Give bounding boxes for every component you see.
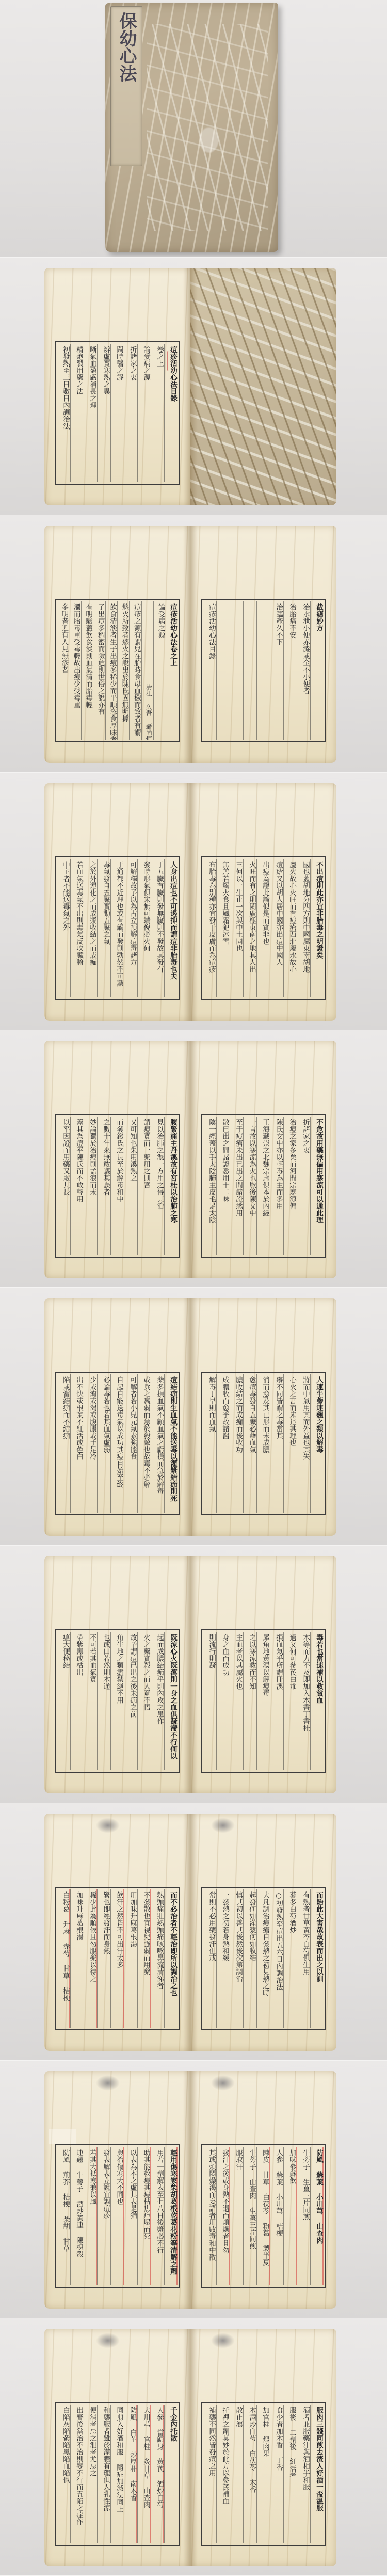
text-column: 晰氣血盈虧消長之理 bbox=[84, 344, 97, 482]
text-column: 截瘧妙方 bbox=[310, 601, 324, 740]
water-stain bbox=[211, 2075, 235, 2091]
title-char: 保 bbox=[116, 12, 137, 29]
text-column: 解毒于早則而血氣 bbox=[203, 1374, 216, 1513]
left-page: 千金內托散人參 當歸身 黃芪 酒炒白芍大川芎 官桂 炙甘草 山查肉防風 白芷 炒… bbox=[44, 2329, 190, 2566]
book-gutter bbox=[183, 526, 198, 763]
left-page: 痘結痂則生血氣不能送毒以灌漿結痂則死藥多損血氣不顧血氣之虧損而急於解毒或兵之羸弱… bbox=[44, 1298, 190, 1536]
text-column: 不危故用藥無偏用寒涼可以通此理 bbox=[310, 1117, 324, 1255]
text-frame: 防風 蘇葉 小川芎 山查肉牛蒡子 生薑三片同煎加味參蘇飲人參 蘇葉 小川芎 桔梗… bbox=[201, 2144, 326, 2288]
text-column: 子出痘多稠密而險危則世俗之說亦有 bbox=[93, 601, 105, 740]
photo-panel-5: 腹緊痛主丹溪故有宮桂以治肺之寒見以治肺之濕一方用之得其治謂痘實而一藥用之則宮又可… bbox=[0, 1030, 387, 1288]
photo-panel-1: 保幼心法 bbox=[0, 0, 387, 258]
text-column: 損血氣乎所謂冊溪 bbox=[270, 1632, 283, 1770]
text-column: 出痘為證此論似是而實非也 bbox=[256, 859, 270, 997]
left-page: 痘疹活幼心法目錄卷之上論受病之源折諸家之衷闢時醫之謬辨虛實寒熱之異晰氣血盈虧消長… bbox=[44, 268, 190, 505]
text-column: 之數十年來無敢議其誤者 bbox=[97, 1117, 110, 1255]
left-page: 痘疹活幼心法卷之上論受病之源清江 久吾 聶尚恒 著痘疹之源有謂兒在胎時食母血穢而… bbox=[44, 526, 190, 763]
text-column: 服肉三錢同煎去渣入好酒一盃温服 bbox=[310, 2405, 324, 2543]
text-column: 出不快或根窠不紅活或色白 bbox=[70, 1374, 84, 1513]
text-column: 不出痘則此亦宜非胎毒之明證矣 bbox=[310, 859, 324, 997]
text-column: 無羔若觸火食且風霜犯冰雪 bbox=[216, 859, 230, 997]
text-column: 起而成膿結痂乎則內攻之患作 bbox=[151, 1632, 164, 1770]
text-column: 既涼心火既瀉則一身之血俱凝滯不行何以 bbox=[164, 1632, 178, 1770]
text-column: 加味參蘇飲 bbox=[283, 2147, 297, 2285]
text-column: 與治傷寒大不同也 bbox=[110, 2147, 124, 2285]
text-frame: 腹緊痛主丹溪故有宮桂以治肺之寒見以治肺之濕一方用之得其治謂痘實而一藥用之則宮又可… bbox=[55, 1114, 180, 1258]
text-column: 散止瀉 bbox=[230, 2405, 243, 2543]
text-column: 治胎痛不安 bbox=[283, 601, 297, 740]
text-column: 膿收結之而成痂而後收功 bbox=[230, 1374, 243, 1513]
text-column: 飲食清淡者生子出痘多稀少而平順恣食厚味者 bbox=[105, 601, 117, 740]
text-column: 痘疹活幼心法卷之上 bbox=[166, 601, 178, 740]
text-column: 而發錢氏之長至於解毒和中 bbox=[110, 1117, 124, 1255]
text-column: 毒若也當速補以救貧血 bbox=[310, 1632, 324, 1770]
text-frame: 痘疹活幼心法卷之上論受病之源清江 久吾 聶尚恒 著痘疹之源有謂兒在胎時食母血穢而… bbox=[55, 599, 180, 742]
text-column: 謂痘實而一藥用之則宮 bbox=[137, 1117, 151, 1255]
left-page: 人身出痘也不可遏抑而謂痘非胎毒也夫于五臟有臟則發無臟則不發故其發有發時形氣俱宋無… bbox=[44, 783, 190, 1021]
text-column: 腹緊痛主丹溪故有宮桂以治肺之寒 bbox=[164, 1117, 178, 1255]
book-gutter bbox=[183, 2071, 198, 2309]
text-column: 三何以一生止一次與中土同也 bbox=[230, 859, 243, 997]
text-column: 于五臟有臟則發無臟則不發故其發有 bbox=[151, 859, 164, 997]
text-frame: 服肉三錢同煎去渣入好酒一盃温服酒者兼服藥汁與酒相半和服服後 二劑後 紅活者食少者… bbox=[201, 2402, 326, 2546]
product-photo-strip: 保幼心法痘疹活幼心法目錄卷之上論受病之源折諸家之衷闢時醫之謬辨虛實寒熱之異晰氣血… bbox=[0, 0, 387, 2576]
text-column: 故予謂痘已出之後未痂之前 bbox=[124, 1632, 137, 1770]
text-column: 發汗之後或身熱不退而煩燥者且勿 bbox=[216, 2147, 230, 2285]
text-column: 輕用傷寒家柴胡葛根乾葛花粉等清解之劑 bbox=[164, 2147, 178, 2285]
text-column: 中主者不能送毒氣之外 bbox=[57, 859, 70, 997]
text-column: 陳氏文中亦以輕毒為主而多用 bbox=[270, 1117, 283, 1255]
book-gutter bbox=[183, 1814, 198, 2051]
right-page: 不危故用藥無偏用寒涼可以通此理折諸家之衷治痘之家多矣而河間宗寒涼偏陳氏文中亦以輕… bbox=[190, 1041, 336, 1278]
title-slip: 保幼心法 bbox=[110, 6, 142, 166]
text-column: 心火之言而未達其理也 bbox=[283, 1374, 297, 1513]
text-column: 國也蓋胡地分四方則中國屬東南胡地 bbox=[297, 859, 310, 997]
text-column: 消而愈及其已形而未成膿 bbox=[256, 1374, 270, 1513]
text-column: 王海藏崇之北魏宗虛俱本於內經 bbox=[256, 1117, 270, 1255]
text-column: 發時形氣俱宋無可端倪必火何 bbox=[137, 859, 151, 997]
photo-panel-2: 痘疹活幼心法目錄卷之上論受病之源折諸家之衷闢時醫之謬辨虛實寒熱之異晰氣血盈虧消長… bbox=[0, 258, 387, 515]
photo-panel-4: 人身出痘也不可遏抑而謂痘非胎毒也夫于五臟有臟則發無臟則不發故其發有發時形氣俱宋無… bbox=[0, 773, 387, 1030]
text-column: 帶紫黑或枯出 bbox=[70, 1632, 84, 1770]
text-column: 慎其初以善其後然後次第調治 bbox=[230, 1889, 243, 2028]
water-stain bbox=[211, 1818, 235, 1833]
text-column: 木酒炒白芍 白茯苓 木香 bbox=[243, 2405, 256, 2543]
text-column: 愈痘毒發自五臟必藉血氣 bbox=[243, 1374, 256, 1513]
title-char: 幼 bbox=[116, 29, 137, 47]
text-column: 痘疹之源有謂兒在胎時食母血穢而致者有謂 bbox=[129, 601, 141, 740]
text-column: 主血者以其屬火也 bbox=[230, 1632, 243, 1770]
text-column: 稀少此為順候且勿服藥以待之 bbox=[84, 1889, 97, 2028]
right-page: 防風 蘇葉 小川芎 山查肉牛蒡子 生薑三片同煎加味參蘇飲人參 蘇葉 小川芎 桔梗… bbox=[190, 2071, 336, 2309]
text-column: 蓋其為痘平陳氏而不敢輕用 bbox=[70, 1117, 84, 1255]
text-column: 則流行則凝 bbox=[203, 1632, 216, 1770]
text-column: 瘟大便秘結 bbox=[57, 1632, 70, 1770]
book-gutter bbox=[183, 783, 198, 1021]
text-column: 過又何可參芪白朮 bbox=[283, 1632, 297, 1770]
text-column: 出齊後當治不治則變不行而五陷之症作 bbox=[70, 2405, 84, 2543]
text-column: 其或煩悶燥渴而妄語者用敗毒和中散 bbox=[203, 2147, 216, 2285]
photo-panel-6: 痘結痂則生血氣不能送毒以灌漿結痂則死藥多損血氣不顧血氣之虧損而急於解毒或兵之羸弱… bbox=[0, 1288, 387, 1546]
text-column: 同煎入好酒和服 隨症加減法同上 bbox=[110, 2405, 124, 2543]
text-frame: 既涼心火既瀉則一身之血俱凝滯不行何以起而成膿結痂乎則內攻之患作火之藥實殺之而人竟… bbox=[55, 1629, 180, 1773]
text-column: 初發熱至三日數日內調治法 bbox=[57, 344, 70, 482]
text-column: 陳皮 甘草 白茯苓 粉葛 製半夏 bbox=[256, 2147, 270, 2285]
text-column: 妙論獨於治痘則孟浪而未 bbox=[84, 1117, 97, 1255]
left-page: 既涼心火既瀉則一身之血俱凝滯不行何以起而成膿結痂乎則內攻之患作火之藥實殺之而人竟… bbox=[44, 1556, 190, 1793]
text-column: 木等而力不及即加入木香丁香桂 bbox=[297, 1632, 310, 1770]
photo-panel-10: 千金內托散人參 當歸身 黃芪 酒炒白芍大川芎 官桂 炙甘草 山查肉防風 白芷 炒… bbox=[0, 2318, 387, 2576]
text-column: 犀角地黃湯以解痘毒 bbox=[256, 1632, 270, 1770]
text-column: 飲汗之然皆不可出汗太多 bbox=[110, 1889, 124, 2028]
text-column: 牛蒡子 生薑三片同煎 bbox=[297, 2147, 310, 2285]
text-column: 酒者兼服藥汁與酒相半和服 bbox=[297, 2405, 310, 2543]
text-column: 若其大抵寒兼以風 bbox=[84, 2147, 97, 2285]
text-column: 精炮製用藥之法 bbox=[70, 344, 84, 482]
text-column: 陰一經蓋以手太陰肺主皮毛足太陰 bbox=[203, 1117, 216, 1255]
text-column: 折諸家之衷 bbox=[297, 1117, 310, 1255]
text-column: 加味升麻葛根湯 bbox=[70, 1889, 84, 2028]
photo-panel-3: 痘疹活幼心法卷之上論受病之源清江 久吾 聶尚恒 著痘疹之源有謂兒在胎時食母血穢而… bbox=[0, 515, 387, 773]
text-column: 于通都不近理也或有觸而發則勃然不可禦 bbox=[110, 859, 124, 997]
text-column: 而不必治者不輕治即所以調治之也 bbox=[164, 1889, 178, 2028]
text-column: 一言故以寒涼為火也厥後陳文中 bbox=[243, 1117, 256, 1255]
text-column: 自起自能送毒氣以成功其痘自始至終 bbox=[110, 1374, 124, 1513]
text-column: 將而中氣用其而外益也其失 bbox=[297, 1374, 310, 1513]
text-column: 托裡之劑莫妙於此方以參芪補血 bbox=[216, 2405, 230, 2543]
water-stain bbox=[96, 2075, 120, 2091]
text-column: 不發散也宜視兒強弱而用藥 bbox=[137, 1889, 151, 2028]
text-frame: 而不必治者不輕治即所以調治之也熱頭痛壯熱頭痛咳嗽鼻流清涕者不發散也宜視兒強弱而用… bbox=[55, 1887, 180, 2030]
title-char: 心 bbox=[116, 47, 137, 65]
text-frame: 千金內托散人參 當歸身 黃芪 酒炒白芍大川芎 官桂 炙甘草 山查肉防風 白芷 炒… bbox=[55, 2402, 180, 2546]
text-frame: 而貽此大害哉故表而出之以訓有熱者甘草黃芩白芍俱生用蔘多白芍酒炒○初發熱至痘出五六… bbox=[201, 1887, 326, 2030]
text-frame: 不危故用藥無偏用寒涼可以通此理折諸家之衷治痘之家多矣而河間宗寒涼偏陳氏文中亦以輕… bbox=[201, 1114, 326, 1258]
text-column: 連翹 牛蒡子 酒炒黃連 陳枳殼 bbox=[70, 2147, 84, 2285]
photo-panel-8: 而不必治者不輕治即所以調治之也熱頭痛壯熱頭痛咳嗽鼻流清涕者不發散也宜視兒強弱而用… bbox=[0, 1803, 387, 2061]
left-page: 而不必治者不輕治即所以調治之也熱頭痛壯熱頭痛咳嗽鼻流清涕者不發散也宜視兒強弱而用… bbox=[44, 1814, 190, 2051]
text-column: 火之藥實殺之而人竟不悟 bbox=[137, 1632, 151, 1770]
text-column: 白陷灰陷紫陷黑陷血陷也 bbox=[57, 2405, 70, 2543]
text-column: 陷或當結痂而不結痂 bbox=[57, 1374, 70, 1513]
text-column: 和藥服者雖於灌膿有理但人乳性涼 bbox=[97, 2405, 110, 2543]
text-column: 卷之上 bbox=[151, 344, 164, 482]
book-cover: 保幼心法 bbox=[105, 3, 278, 252]
text-column: 起發何如灌漿何如收結 bbox=[243, 1889, 256, 2028]
text-column: 散已出之間諸證悉用十二味 bbox=[216, 1117, 230, 1255]
text-column: 以平因證而用藥又取其長 bbox=[57, 1117, 70, 1255]
text-column: 補藥不同然皆發痘之用 bbox=[203, 2405, 216, 2543]
text-column: 治痘之家多矣而河間宗寒涼偏 bbox=[283, 1117, 297, 1255]
text-column: 多明者近有人見無疹者 bbox=[57, 601, 69, 740]
text-column: 有熱者甘草黃芩白芍俱生用 bbox=[297, 1889, 310, 2028]
left-page: 腹緊痛主丹溪故有宮桂以治肺之寒見以治肺之濕一方用之得其治謂痘實而一藥用之則宮又可… bbox=[44, 1041, 190, 1278]
text-column: 以表為本之虛其表是猶 bbox=[124, 2147, 137, 2285]
text-column: 之以寒涼救而不知 bbox=[243, 1632, 256, 1770]
text-column: 便滑者忌之泄者尤忌之 bbox=[84, 2405, 97, 2543]
text-column: 有明驗蓋飲食淡則血氣清而胎毒輕 bbox=[81, 601, 93, 740]
text-column: 也或曰若然則木通 bbox=[97, 1632, 110, 1770]
open-book-spread: 而不必治者不輕治即所以調治之也熱頭痛壯熱頭痛咳嗽鼻流清涕者不發散也宜視兒強弱而用… bbox=[44, 1814, 336, 2051]
text-column: 服後 二劑後 紅活者 bbox=[283, 2405, 297, 2543]
water-stain bbox=[96, 2333, 120, 2348]
open-book-spread: 千金內托散人參 當歸身 黃芪 酒炒白芍大川芎 官桂 炙甘草 山查肉防風 白芷 炒… bbox=[44, 2329, 336, 2566]
text-column: 辨虛實寒熱之異 bbox=[97, 344, 110, 482]
book-gutter bbox=[183, 1298, 198, 1536]
text-column: 人連牛蒡連翹之類以解毒 bbox=[310, 1374, 324, 1513]
text-column: 人參 蘇葉 小川芎 桔梗 bbox=[270, 2147, 283, 2285]
text-frame: 不出痘則此亦宜非胎毒之明證矣國也蓋胡地分四方則中國屬東南胡地屬火故心火旺而有痘瘡… bbox=[201, 856, 326, 1000]
open-book-spread: 輕用傷寒家柴胡葛根乾葛花粉等清解之劑用若一劑解表至七八日後漿必不行助其能救痘其痘… bbox=[44, 2071, 336, 2309]
text-column bbox=[256, 601, 270, 740]
text-frame: 人身出痘也不可遏抑而謂痘非胎毒也夫于五臟有臟則發無臟則不發故其發有發時形氣俱宋無… bbox=[55, 856, 180, 1000]
text-frame: 輕用傷寒家柴胡葛根乾葛花粉等清解之劑用若一劑解表至七八日後漿必不行助其能救痘其痘… bbox=[55, 2144, 180, 2288]
text-column: 成膿收而愈乎故諸醫 bbox=[216, 1374, 230, 1513]
text-column: 千金內托散 bbox=[164, 2405, 178, 2543]
open-book-spread: 既涼心火既瀉則一身之血俱凝滯不行何以起而成膿結痂乎則內攻之患作火之藥實殺之而人竟… bbox=[44, 1556, 336, 1793]
cover-wear-texture bbox=[147, 24, 268, 231]
text-column: 治臨產久不下 bbox=[270, 601, 283, 740]
text-column: 痘瘡又以胡人居中國亦出痘中國人 bbox=[270, 859, 283, 997]
photo-panel-7: 既涼心火既瀉則一身之血俱凝滯不行何以起而成膿結痂乎則內攻之患作火之藥實殺之而人竟… bbox=[0, 1546, 387, 1803]
text-column bbox=[230, 601, 243, 740]
text-column: 一發熱之初若身熱和緩 bbox=[216, 1889, 230, 2028]
text-column: 濁而胎毒重受毒輕故出痘少受毒重 bbox=[69, 601, 80, 740]
text-column: 之於外運化之而成漿收結之而成痂 bbox=[84, 859, 97, 997]
text-column: 癢不同皆謂之毒當其 bbox=[270, 1374, 283, 1513]
text-frame: 截瘧妙方治水泄小便赤澁或全不小便者治胎痛不安治臨產久不下痘疹活幼心法目錄 bbox=[201, 599, 326, 742]
open-book-spread: 痘結痂則生血氣不能送毒以灌漿結痂則死藥多損血氣不顧血氣之虧損而急於解毒或兵之羸弱… bbox=[44, 1298, 336, 1536]
text-column: 緊也即經發汗而身熱 bbox=[97, 1889, 110, 2028]
text-column: 防風 荊芥 桔梗 柴胡 甘草 bbox=[57, 2147, 70, 2285]
text-frame: 毒若也當速補以救貧血木等而力不及即加入木香丁香桂過又何可參芪白朮損血氣乎所謂冊溪… bbox=[201, 1629, 326, 1773]
text-column: 大川芎 官桂 炙甘草 山查肉 bbox=[137, 2405, 151, 2543]
text-column: 布胎毒為別種亦宜發于皮膚而為痘疹 bbox=[203, 859, 216, 997]
open-book-spread: 痘疹活幼心法卷之上論受病之源清江 久吾 聶尚恒 著痘疹之源有謂兒在胎時食母血穢而… bbox=[44, 526, 336, 763]
text-column: 用加味升麻葛根湯 bbox=[124, 1889, 137, 2028]
right-page bbox=[190, 268, 336, 505]
text-column: 藥多損血氣不顧血氣之虧損而急於解毒 bbox=[151, 1374, 164, 1513]
text-column: 又可知也朱用溪熱之 bbox=[124, 1117, 137, 1255]
text-column: 發表解表立說宜調痘疹 bbox=[97, 2147, 110, 2285]
open-book-spread: 痘疹活幼心法目錄卷之上論受病之源折諸家之衷闢時醫之謬辨虛實寒熱之異晰氣血盈虧消長… bbox=[44, 268, 336, 505]
text-column: 若血氣送毒氣不出則毒氣反攻臟腑 bbox=[70, 859, 84, 997]
text-column: 見以治肺之濕一方用之得其治 bbox=[151, 1117, 164, 1255]
text-column: 食少者加木香 丁香 bbox=[270, 2405, 283, 2543]
text-column: 闢時醫之謬 bbox=[110, 344, 124, 482]
text-column: 慾火所致者慾火之說出於陳氏固無明據 bbox=[117, 601, 129, 740]
text-column: 折諸家之衷 bbox=[124, 344, 137, 482]
open-book-spread: 腹緊痛主丹溪故有宮桂以治肺之寒見以治肺之濕一方用之得其治謂痘實而一藥用之則宮又可… bbox=[44, 1041, 336, 1278]
open-book-spread: 人身出痘也不可遏抑而謂痘非胎毒也夫于五臟有臟則發無臟則不發故其發有發時形氣俱宋無… bbox=[44, 783, 336, 1021]
book-gutter bbox=[183, 1556, 198, 1793]
left-page: 輕用傷寒家柴胡葛根乾葛花粉等清解之劑用若一劑解表至七八日後漿必不行助其能救痘其痘… bbox=[44, 2071, 190, 2309]
text-column: 人身出痘也不可遏抑而謂痘非胎毒也夫 bbox=[164, 859, 178, 997]
margin-note-box bbox=[49, 2129, 76, 2144]
right-page: 而貽此大害哉故表而出之以訓有熱者甘草黃芩白芍俱生用蔘多白芍酒炒○初發熱至痘出五六… bbox=[190, 1814, 336, 2051]
text-column: 論受病之源 bbox=[137, 344, 151, 482]
text-column: 而貽此大害哉故表而出之以訓 bbox=[310, 1889, 324, 2028]
right-page: 截瘧妙方治水泄小便赤澁或全不小便者治胎痛不安治臨產久不下痘疹活幼心法目錄 bbox=[190, 526, 336, 763]
text-column: 人參 當歸身 黃芪 酒炒白芍 bbox=[151, 2405, 164, 2543]
photo-panel-9: 輕用傷寒家柴胡葛根乾葛花粉等清解之劑用若一劑解表至七八日後漿必不行助其能救痘其痘… bbox=[0, 2061, 387, 2318]
text-column: 防風 蘇葉 小川芎 山查肉 bbox=[310, 2147, 324, 2285]
text-column: 牛蒡子 山查肉 生薑三片同煎 bbox=[243, 2147, 256, 2285]
text-column: 可解釋故予以為古立預解痘毒諸方 bbox=[124, 859, 137, 997]
text-column: 必論毒若也若其血氣虛弱 bbox=[97, 1374, 110, 1513]
title-char: 法 bbox=[116, 65, 137, 82]
text-column: 不可若其血氣實 bbox=[84, 1632, 97, 1770]
text-column: 防風 白芷 炒厚朴 南木香 bbox=[124, 2405, 137, 2543]
text-column bbox=[216, 601, 230, 740]
text-column: 加官桂 煨肉果 bbox=[256, 2405, 270, 2543]
right-page: 服肉三錢同煎去渣入好酒一盃温服酒者兼服藥汁與酒相半和服服後 二劑後 紅活者食少者… bbox=[190, 2329, 336, 2566]
text-column: 或兵之羸弱而急於殺敵也故毒不必解 bbox=[137, 1374, 151, 1513]
book-gutter bbox=[183, 1041, 198, 1278]
text-frame: 人連牛蒡連翹之類以解毒將而中氣用其而外益也其失心火之言而未達其理也癢不同皆謂之毒… bbox=[201, 1372, 326, 1515]
water-stain bbox=[96, 1818, 120, 1833]
text-column: 少或瀉或渴或腹脹或手足冷 bbox=[84, 1374, 97, 1513]
text-column: 助其能救痘其痘枯焦痒塌而死 bbox=[137, 2147, 151, 2285]
text-column: 白粉葛 升麻 赤芍 甘草 桔梗 bbox=[57, 1889, 70, 2028]
text-frame: 痘疹活幼心法目錄卷之上論受病之源折諸家之衷闢時醫之謬辨虛實寒熱之異晰氣血盈虧消長… bbox=[55, 341, 180, 485]
book-gutter bbox=[183, 2329, 198, 2566]
text-column bbox=[243, 601, 256, 740]
text-column: 熱頭痛壯熱頭痛咳嗽鼻流清涕者 bbox=[151, 1889, 164, 2028]
text-column: 至于痘瘡未出已出之間諸證悉用 bbox=[230, 1117, 243, 1255]
text-column: 火旺而有之則閩廣極東南之地其人出 bbox=[243, 859, 256, 997]
text-column: 痘疹活幼心法目錄 bbox=[203, 601, 216, 740]
text-column: 身之血而成功 bbox=[216, 1632, 230, 1770]
right-page: 人連牛蒡連翹之類以解毒將而中氣用其而外益也其失心火之言而未達其理也癢不同皆謂之毒… bbox=[190, 1298, 336, 1536]
text-column: 蔘多白芍酒炒 bbox=[283, 1889, 297, 2028]
text-column: 大凡調治痘瘡自發熱之初見熱之時 bbox=[256, 1889, 270, 2028]
text-column: 毒氣發自五臟實動五臟之氣 bbox=[97, 859, 110, 997]
book-gutter bbox=[183, 268, 198, 505]
text-column: 服取汗 bbox=[230, 2147, 243, 2285]
text-column: 治水泄小便赤澁或全不小便者 bbox=[297, 601, 310, 740]
text-column: 清江 久吾 聶尚恒 著 bbox=[141, 601, 153, 740]
text-column: 常則不必用藥發汗但戒 bbox=[203, 1889, 216, 2028]
ownership-seal bbox=[167, 351, 173, 371]
text-column: 屬火故心火旺而有痘瘡西北屬水故心 bbox=[283, 859, 297, 997]
text-column: 用若一劑解表至七八日後漿必不行 bbox=[151, 2147, 164, 2285]
text-column: 論受病之源 bbox=[153, 601, 165, 740]
text-column: ○初發熱至痘出五六日內調治法 bbox=[270, 1889, 283, 2028]
text-column: 角生地之類盡禁絕不用 bbox=[110, 1632, 124, 1770]
water-stain bbox=[211, 2333, 235, 2348]
text-column: 可解者若小兒元氣素強能食 bbox=[124, 1374, 137, 1513]
right-page: 不出痘則此亦宜非胎毒之明證矣國也蓋胡地分四方則中國屬東南胡地屬火故心火旺而有痘瘡… bbox=[190, 783, 336, 1021]
text-column: 痘結痂則生血氣不能送毒以灌漿結痂則死 bbox=[164, 1374, 178, 1513]
right-page: 毒若也當速補以救貧血木等而力不及即加入木香丁香桂過又何可參芪白朮損血氣乎所謂冊溪… bbox=[190, 1556, 336, 1793]
text-frame: 痘結痂則生血氣不能送毒以灌漿結痂則死藥多損血氣不顧血氣之虧損而急於解毒或兵之羸弱… bbox=[55, 1372, 180, 1515]
